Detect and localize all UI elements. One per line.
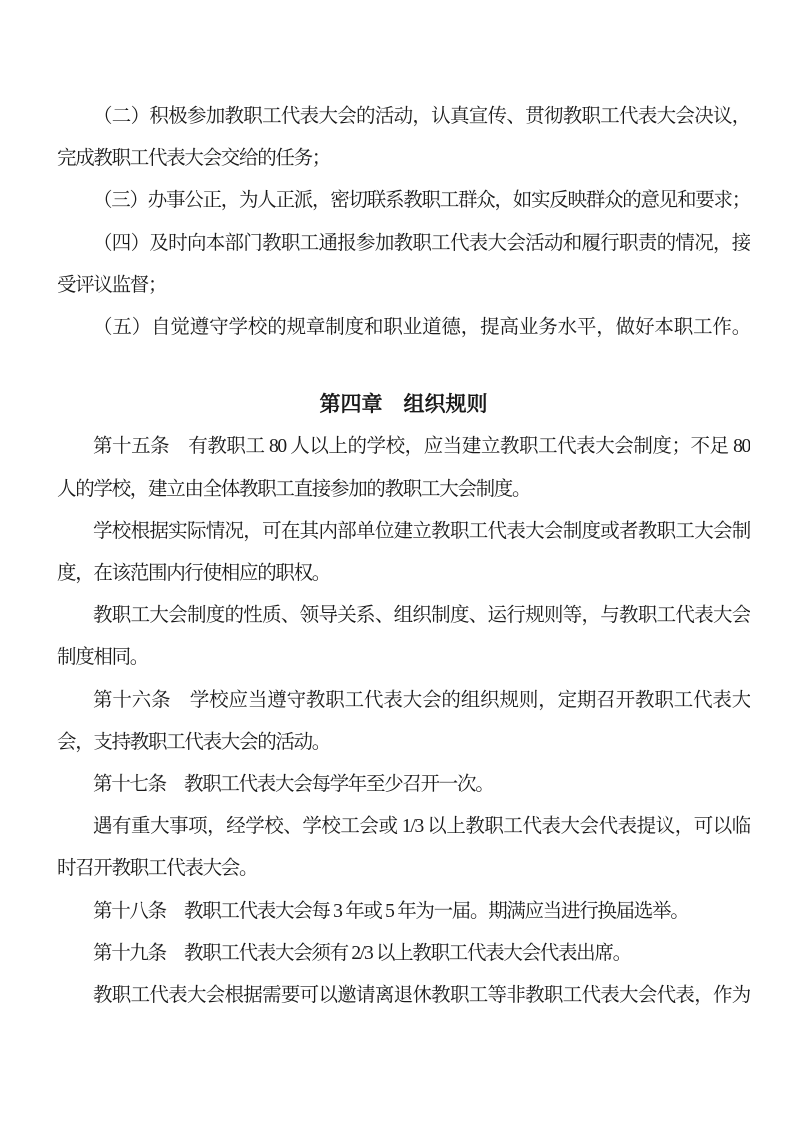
text-line: 第十八条 教职工代表大会每 3 年或 5 年为一届。期满应当进行换届选举。 — [57, 891, 750, 933]
text-line: 遇有重大事项，经学校、学校工会或 1/3 以上教职工代表大会代表提议，可以临 — [57, 806, 750, 848]
paragraph: （二）积极参加教职工代表大会的活动，认真宣传、贯彻教职工代表大会决议，完成教职工… — [57, 96, 750, 180]
text-line: 第十七条 教职工代表大会每学年至少召开一次。 — [57, 764, 750, 806]
text-line: （五）自觉遵守学校的规章制度和职业道德，提高业务水平，做好本职工作。 — [57, 307, 750, 349]
paragraph: 学校根据实际情况，可在其内部单位建立教职工代表大会制度或者教职工大会制度，在该范… — [57, 511, 750, 595]
text-line: 第十六条 学校应当遵守教职工代表大会的组织规则，定期召开教职工代表大 — [57, 680, 750, 722]
text-line: 教职工大会制度的性质、领导关系、组织制度、运行规则等，与教职工代表大会 — [57, 595, 750, 637]
paragraph: 第十七条 教职工代表大会每学年至少召开一次。 — [57, 764, 750, 806]
paragraph: （四）及时向本部门教职工通报参加教职工代表大会活动和履行职责的情况，接受评议监督… — [57, 223, 750, 307]
text-line: 会，支持教职工代表大会的活动。 — [57, 722, 750, 764]
paragraph: 第十九条 教职工代表大会须有 2/3 以上教职工代表大会代表出席。 — [57, 933, 750, 975]
text-line: 第十九条 教职工代表大会须有 2/3 以上教职工代表大会代表出席。 — [57, 933, 750, 975]
paragraph: （三）办事公正，为人正派，密切联系教职工群众，如实反映群众的意见和要求； — [57, 180, 750, 222]
paragraph: （五）自觉遵守学校的规章制度和职业道德，提高业务水平，做好本职工作。 — [57, 307, 750, 349]
text-line: 学校根据实际情况，可在其内部单位建立教职工代表大会制度或者教职工大会制 — [57, 511, 750, 553]
text-line: 教职工代表大会根据需要可以邀请离退休教职工等非教职工代表大会代表，作为 — [57, 975, 750, 1017]
text-line: （四）及时向本部门教职工通报参加教职工代表大会活动和履行职责的情况，接 — [57, 223, 750, 265]
text-line: （二）积极参加教职工代表大会的活动，认真宣传、贯彻教职工代表大会决议， — [57, 96, 750, 138]
text-line: 制度相同。 — [57, 637, 750, 679]
text-line: 人的学校，建立由全体教职工直接参加的教职工大会制度。 — [57, 469, 750, 511]
paragraph: 第十六条 学校应当遵守教职工代表大会的组织规则，定期召开教职工代表大会，支持教职… — [57, 680, 750, 764]
chapter-heading: 第四章 组织规则 — [57, 384, 750, 426]
document-page: （二）积极参加教职工代表大会的活动，认真宣传、贯彻教职工代表大会决议，完成教职工… — [0, 0, 793, 1122]
text-line: 受评议监督； — [57, 265, 750, 307]
text-line: 第十五条 有教职工 80 人以上的学校，应当建立教职工代表大会制度；不足 80 — [57, 426, 750, 468]
document-content: （二）积极参加教职工代表大会的活动，认真宣传、贯彻教职工代表大会决议，完成教职工… — [0, 0, 793, 1017]
paragraph: 教职工大会制度的性质、领导关系、组织制度、运行规则等，与教职工代表大会制度相同。 — [57, 595, 750, 679]
text-line: 完成教职工代表大会交给的任务； — [57, 138, 750, 180]
paragraph: 第十八条 教职工代表大会每 3 年或 5 年为一届。期满应当进行换届选举。 — [57, 891, 750, 933]
paragraph: 遇有重大事项，经学校、学校工会或 1/3 以上教职工代表大会代表提议，可以临时召… — [57, 806, 750, 890]
text-line: 度，在该范围内行使相应的职权。 — [57, 553, 750, 595]
text-line: 时召开教职工代表大会。 — [57, 848, 750, 890]
text-line: （三）办事公正，为人正派，密切联系教职工群众，如实反映群众的意见和要求； — [57, 180, 750, 222]
paragraph: 教职工代表大会根据需要可以邀请离退休教职工等非教职工代表大会代表，作为 — [57, 975, 750, 1017]
paragraph: 第十五条 有教职工 80 人以上的学校，应当建立教职工代表大会制度；不足 80人… — [57, 426, 750, 510]
